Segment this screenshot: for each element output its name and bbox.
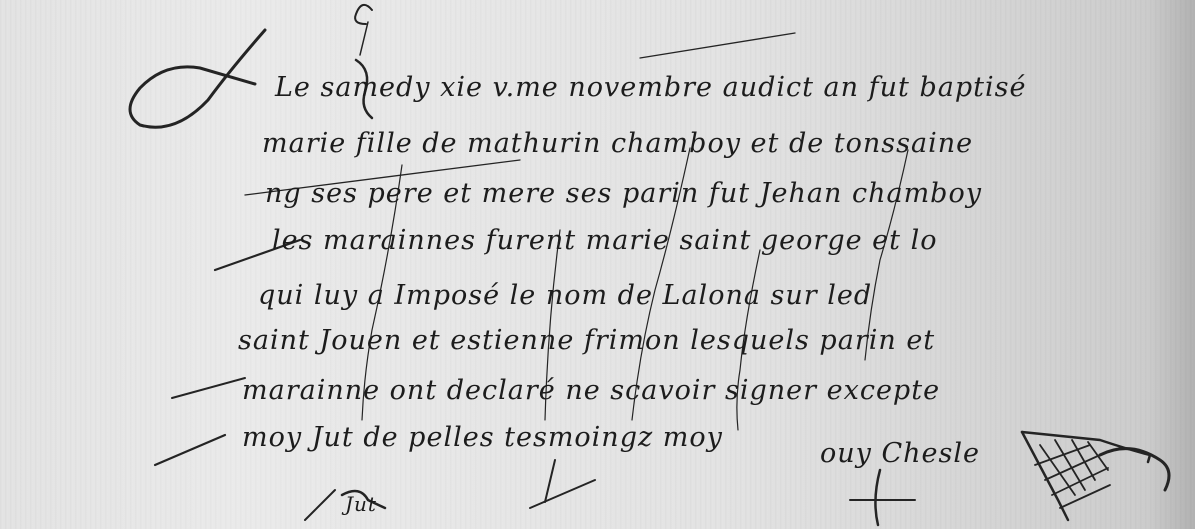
signature-jut: Jut xyxy=(345,492,377,516)
net-mark xyxy=(1022,432,1169,520)
signature-stroke xyxy=(545,460,555,502)
underline-stroke xyxy=(640,33,795,58)
entry-line-4: les marainnes furent marie saint george … xyxy=(272,225,937,256)
manuscript-page: Le samedy xie v.me novembre audict an fu… xyxy=(0,0,1195,529)
entry-line-6: saint Jouen et estienne frimon lesquels … xyxy=(238,325,935,356)
initial-L-flourish xyxy=(130,30,265,127)
entry-line-7: marainne ont declaré ne scavoir signer e… xyxy=(242,375,940,406)
signature-stroke xyxy=(305,490,335,520)
margin-stroke xyxy=(172,378,245,398)
margin-stroke xyxy=(155,435,225,465)
entry-line-5: qui luy a Imposé le nom de Lalona sur le… xyxy=(258,280,872,311)
entry-line-2: marie fille de mathurin chamboy et de to… xyxy=(262,128,973,159)
top-fragment-stroke xyxy=(355,5,372,24)
entry-line-3: ng ses pere et mere ses parin fut Jehan … xyxy=(265,178,982,209)
signature-stroke xyxy=(875,470,880,525)
signature-stroke xyxy=(530,480,595,508)
entry-line-9: ouy Chesle xyxy=(820,438,980,469)
entry-line-8: moy Jut de pelles tesmoingz moy xyxy=(242,422,723,453)
top-fragment-descender xyxy=(360,22,368,55)
entry-line-1: Le samedy xie v.me novembre audict an fu… xyxy=(275,72,1026,103)
